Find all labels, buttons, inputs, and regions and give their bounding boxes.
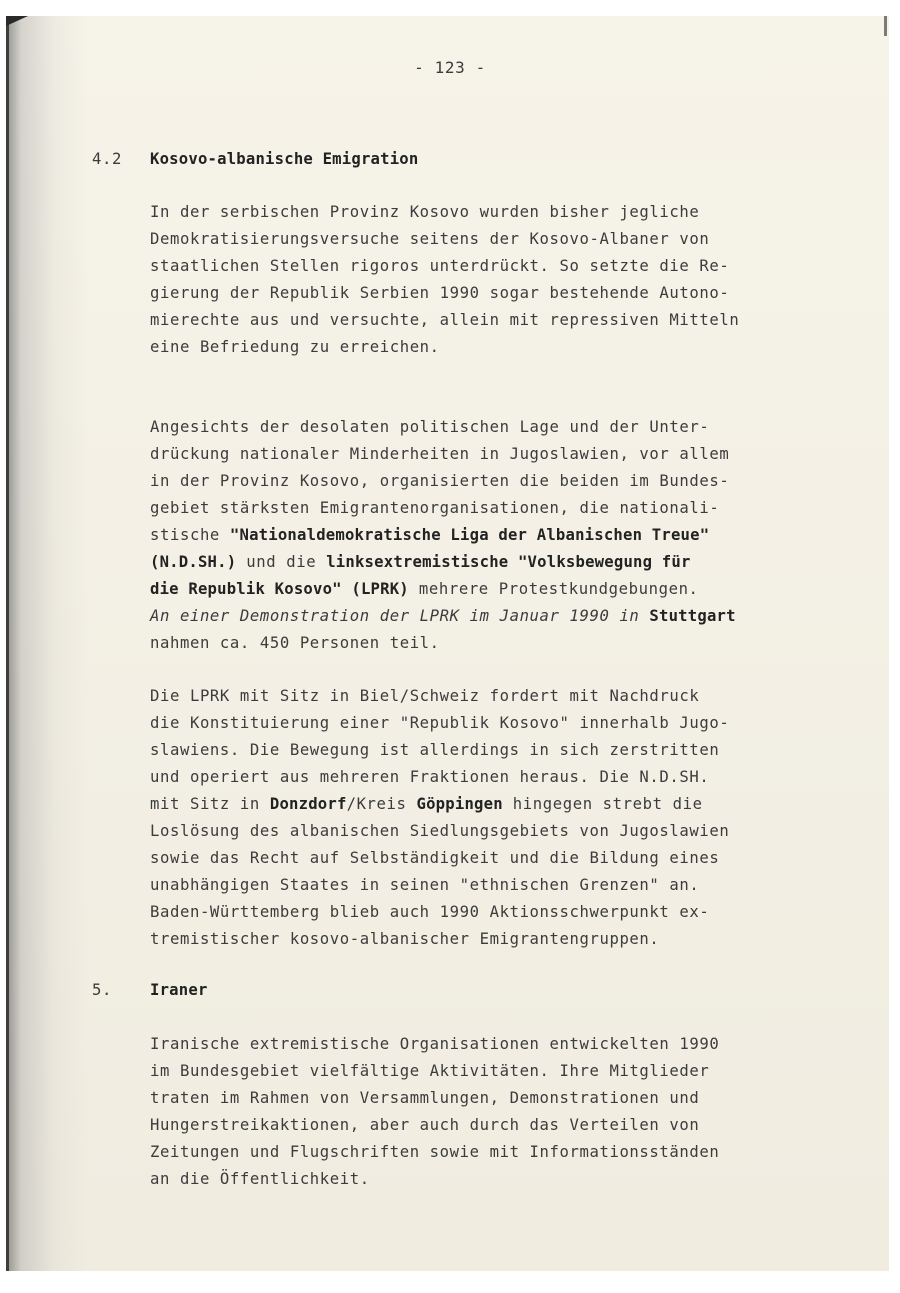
place-name: Stuttgart xyxy=(649,607,735,625)
text-line: slawiens. Die Bewegung ist allerdings in… xyxy=(150,737,719,764)
text-line: und operiert aus mehreren Fraktionen her… xyxy=(150,764,709,791)
text-line: unabhängigen Staates in seinen "ethnisch… xyxy=(150,872,699,899)
text-span: mit Sitz in xyxy=(150,795,270,813)
text-span: mehrere Protestkundgebungen. xyxy=(409,580,699,598)
text-line: Iranische extremistische Organisationen … xyxy=(150,1031,719,1058)
text-line: stische "Nationaldemokratische Liga der … xyxy=(150,522,709,549)
text-line: gebiet stärksten Emigrantenorganisatione… xyxy=(150,495,719,522)
text-span: An einer Demonstration der LPRK im Janua… xyxy=(150,607,649,625)
section-title: Kosovo-albanische Emigration xyxy=(150,146,418,173)
text-line: die Konstituierung einer "Republik Kosov… xyxy=(150,710,729,737)
text-line: Demokratisierungsversuche seitens der Ko… xyxy=(150,226,709,253)
section-number: 4.2 xyxy=(92,146,122,173)
place-name: Göppingen xyxy=(417,795,503,813)
text-line: (N.D.SH.) und die linksextremistische "V… xyxy=(150,549,691,576)
text-span: stische xyxy=(150,526,230,544)
text-line: nahmen ca. 450 Personen teil. xyxy=(150,630,440,657)
organization-abbr: (N.D.SH.) xyxy=(150,553,236,571)
text-line: gierung der Republik Serbien 1990 sogar … xyxy=(150,280,729,307)
text-line: die Republik Kosovo" (LPRK) mehrere Prot… xyxy=(150,576,699,603)
text-line: drückung nationaler Minderheiten in Jugo… xyxy=(150,441,729,468)
section-number: 5. xyxy=(92,977,112,1004)
text-line: mierechte aus und versuchte, allein mit … xyxy=(150,307,739,334)
text-line: staatlichen Stellen rigoros unterdrückt.… xyxy=(150,253,729,280)
text-line: sowie das Recht auf Selbständigkeit und … xyxy=(150,845,719,872)
page-corner-shadow xyxy=(6,16,28,26)
text-span: /Kreis xyxy=(347,795,417,813)
page-number: - 123 - xyxy=(0,55,900,82)
text-line: mit Sitz in Donzdorf/Kreis Göppingen hin… xyxy=(150,791,703,818)
text-line: Hungerstreikaktionen, aber auch durch da… xyxy=(150,1112,699,1139)
text-line: an die Öffentlichkeit. xyxy=(150,1166,370,1193)
text-line: tremistischer kosovo-albanischer Emigran… xyxy=(150,926,659,953)
text-span: hingegen strebt die xyxy=(503,795,703,813)
text-line: Die LPRK mit Sitz in Biel/Schweiz forder… xyxy=(150,683,699,710)
text-line: An einer Demonstration der LPRK im Janua… xyxy=(150,603,736,630)
page-edge-mark xyxy=(884,16,887,36)
text-span: und die xyxy=(236,553,326,571)
text-line: In der serbischen Provinz Kosovo wurden … xyxy=(150,199,699,226)
text-line: Loslösung des albanischen Siedlungsgebie… xyxy=(150,818,729,845)
text-line: in der Provinz Kosovo, organisierten die… xyxy=(150,468,729,495)
text-line: Zeitungen und Flugschriften sowie mit In… xyxy=(150,1139,719,1166)
text-line: eine Befriedung zu erreichen. xyxy=(150,334,440,361)
text-line: traten im Rahmen von Versammlungen, Demo… xyxy=(150,1085,699,1112)
organization-name: die Republik Kosovo" (LPRK) xyxy=(150,580,409,598)
organization-name: "Nationaldemokratische Liga der Albanisc… xyxy=(230,526,709,544)
text-line: im Bundesgebiet vielfältige Aktivitäten.… xyxy=(150,1058,709,1085)
section-title: Iraner xyxy=(150,977,208,1004)
text-line: Baden-Württemberg blieb auch 1990 Aktion… xyxy=(150,899,709,926)
place-name: Donzdorf xyxy=(270,795,347,813)
text-line: Angesichts der desolaten politischen Lag… xyxy=(150,414,709,441)
organization-name: linksextremistische "Volksbewegung für xyxy=(326,553,690,571)
